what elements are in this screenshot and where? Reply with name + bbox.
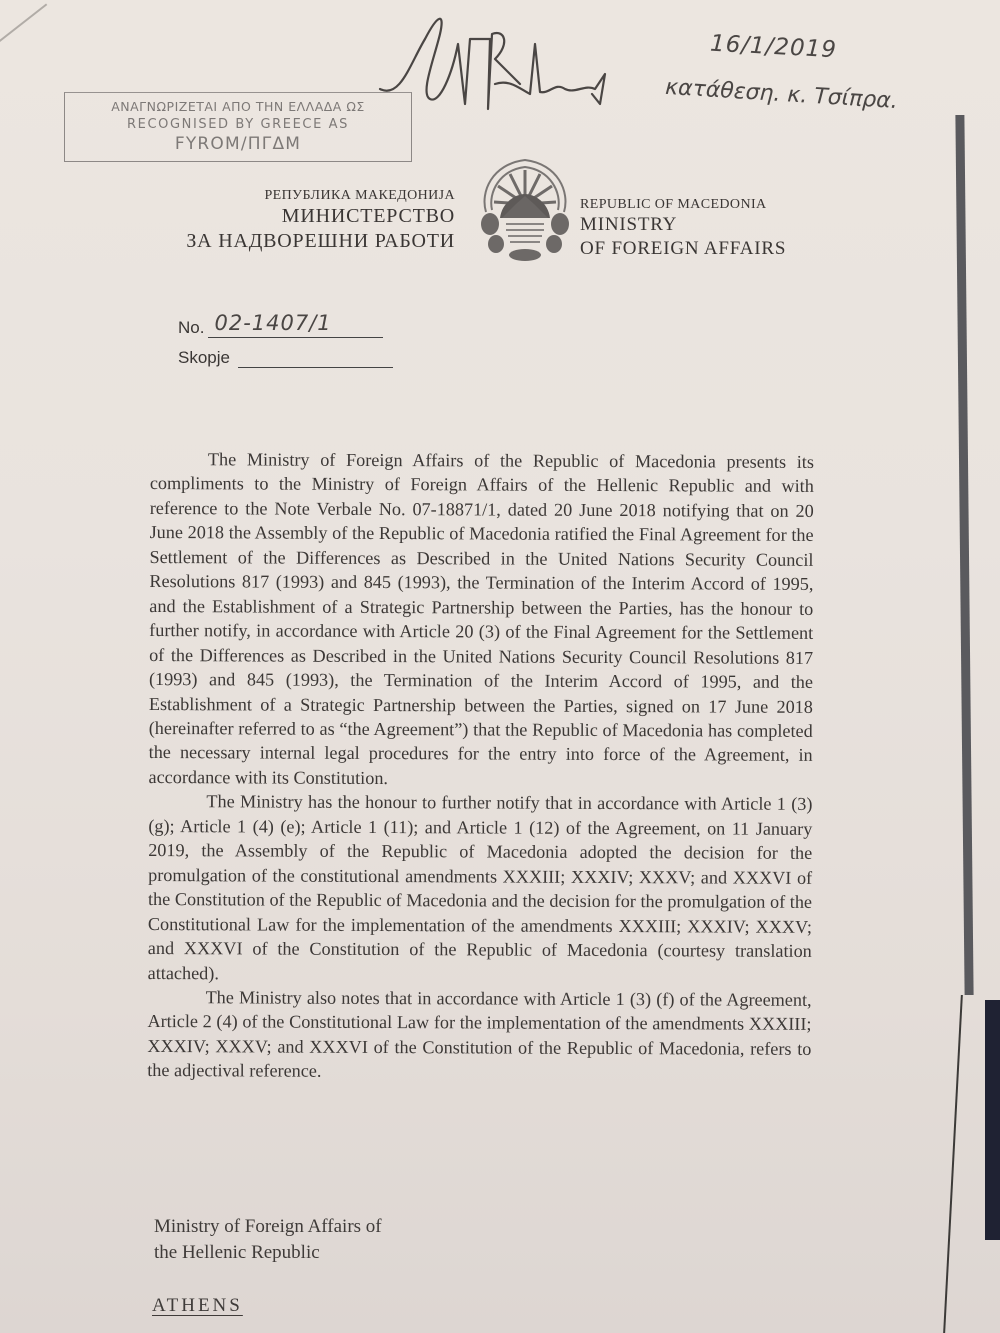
reference-number-value: 02-1407/1	[214, 311, 331, 335]
reference-place-label: Skopje	[178, 348, 230, 368]
reference-number-row: No. 02-1407/1	[178, 308, 393, 338]
reference-place-row: Skopje	[178, 338, 393, 368]
background-surface	[985, 1000, 1000, 1240]
stamp-line-greek: ΑΝΑΓΝΩΡΙΖΕΤΑΙ ΑΠΟ ΤΗΝ ΕΛΛΑΔΑ ΩΣ	[65, 99, 411, 114]
handwritten-note: κατάθεση. κ. Τσίπρα.	[664, 75, 898, 114]
reference-number-label: No.	[178, 318, 204, 338]
addressee-block: Ministry of Foreign Affairs of the Helle…	[154, 1214, 382, 1266]
handwritten-date: 16/1/2019	[709, 31, 837, 64]
page-border-right	[955, 115, 973, 995]
addressee-line-2: the Hellenic Republic	[154, 1240, 382, 1266]
letterhead-en-ministry-1: MINISTRY	[580, 213, 786, 237]
letterhead-macedonian: РЕПУБЛИКА МАКЕДОНИЈА МИНИСТЕРСТВО ЗА НАД…	[186, 188, 455, 254]
body-paragraph: The Ministry of Foreign Affairs of the R…	[149, 447, 814, 792]
body-paragraph: The Ministry has the honour to further n…	[148, 789, 813, 988]
recognition-stamp: ΑΝΑΓΝΩΡΙΖΕΤΑΙ ΑΠΟ ΤΗΝ ΕΛΛΑΔΑ ΩΣ RECOGNIS…	[64, 92, 412, 162]
letterhead-en-ministry-2: OF FOREIGN AFFAIRS	[580, 237, 786, 261]
letterhead-mk-ministry-1: МИНИСТЕРСТВО	[186, 204, 455, 229]
reference-number-field: 02-1407/1	[208, 313, 383, 338]
paper-fold-edge	[0, 0, 47, 42]
body-paragraph: The Ministry also notes that in accordan…	[147, 985, 811, 1086]
note-body: The Ministry of Foreign Affairs of the R…	[147, 447, 814, 1086]
stamp-line-name: FYROM/ΠΓΔΜ	[65, 134, 411, 154]
letterhead-en-republic: REPUBLIC OF MACEDONIA	[580, 197, 786, 213]
letterhead-mk-ministry-2: ЗА НАДВОРЕШНИ РАБОТИ	[186, 229, 455, 254]
page-edge-line	[943, 995, 963, 1333]
stamp-line-english: RECOGNISED BY GREECE AS	[65, 117, 411, 132]
letterhead-english: REPUBLIC OF MACEDONIA MINISTRY OF FOREIG…	[580, 197, 786, 261]
addressee-city: ATHENS	[152, 1295, 243, 1317]
signature-icon	[370, 4, 630, 114]
reference-block: No. 02-1407/1 Skopje	[178, 308, 393, 368]
addressee-line-1: Ministry of Foreign Affairs of	[154, 1214, 382, 1240]
reference-place-field	[238, 343, 393, 368]
coat-of-arms-icon	[472, 152, 578, 264]
letterhead-mk-republic: РЕПУБЛИКА МАКЕДОНИЈА	[186, 188, 455, 204]
